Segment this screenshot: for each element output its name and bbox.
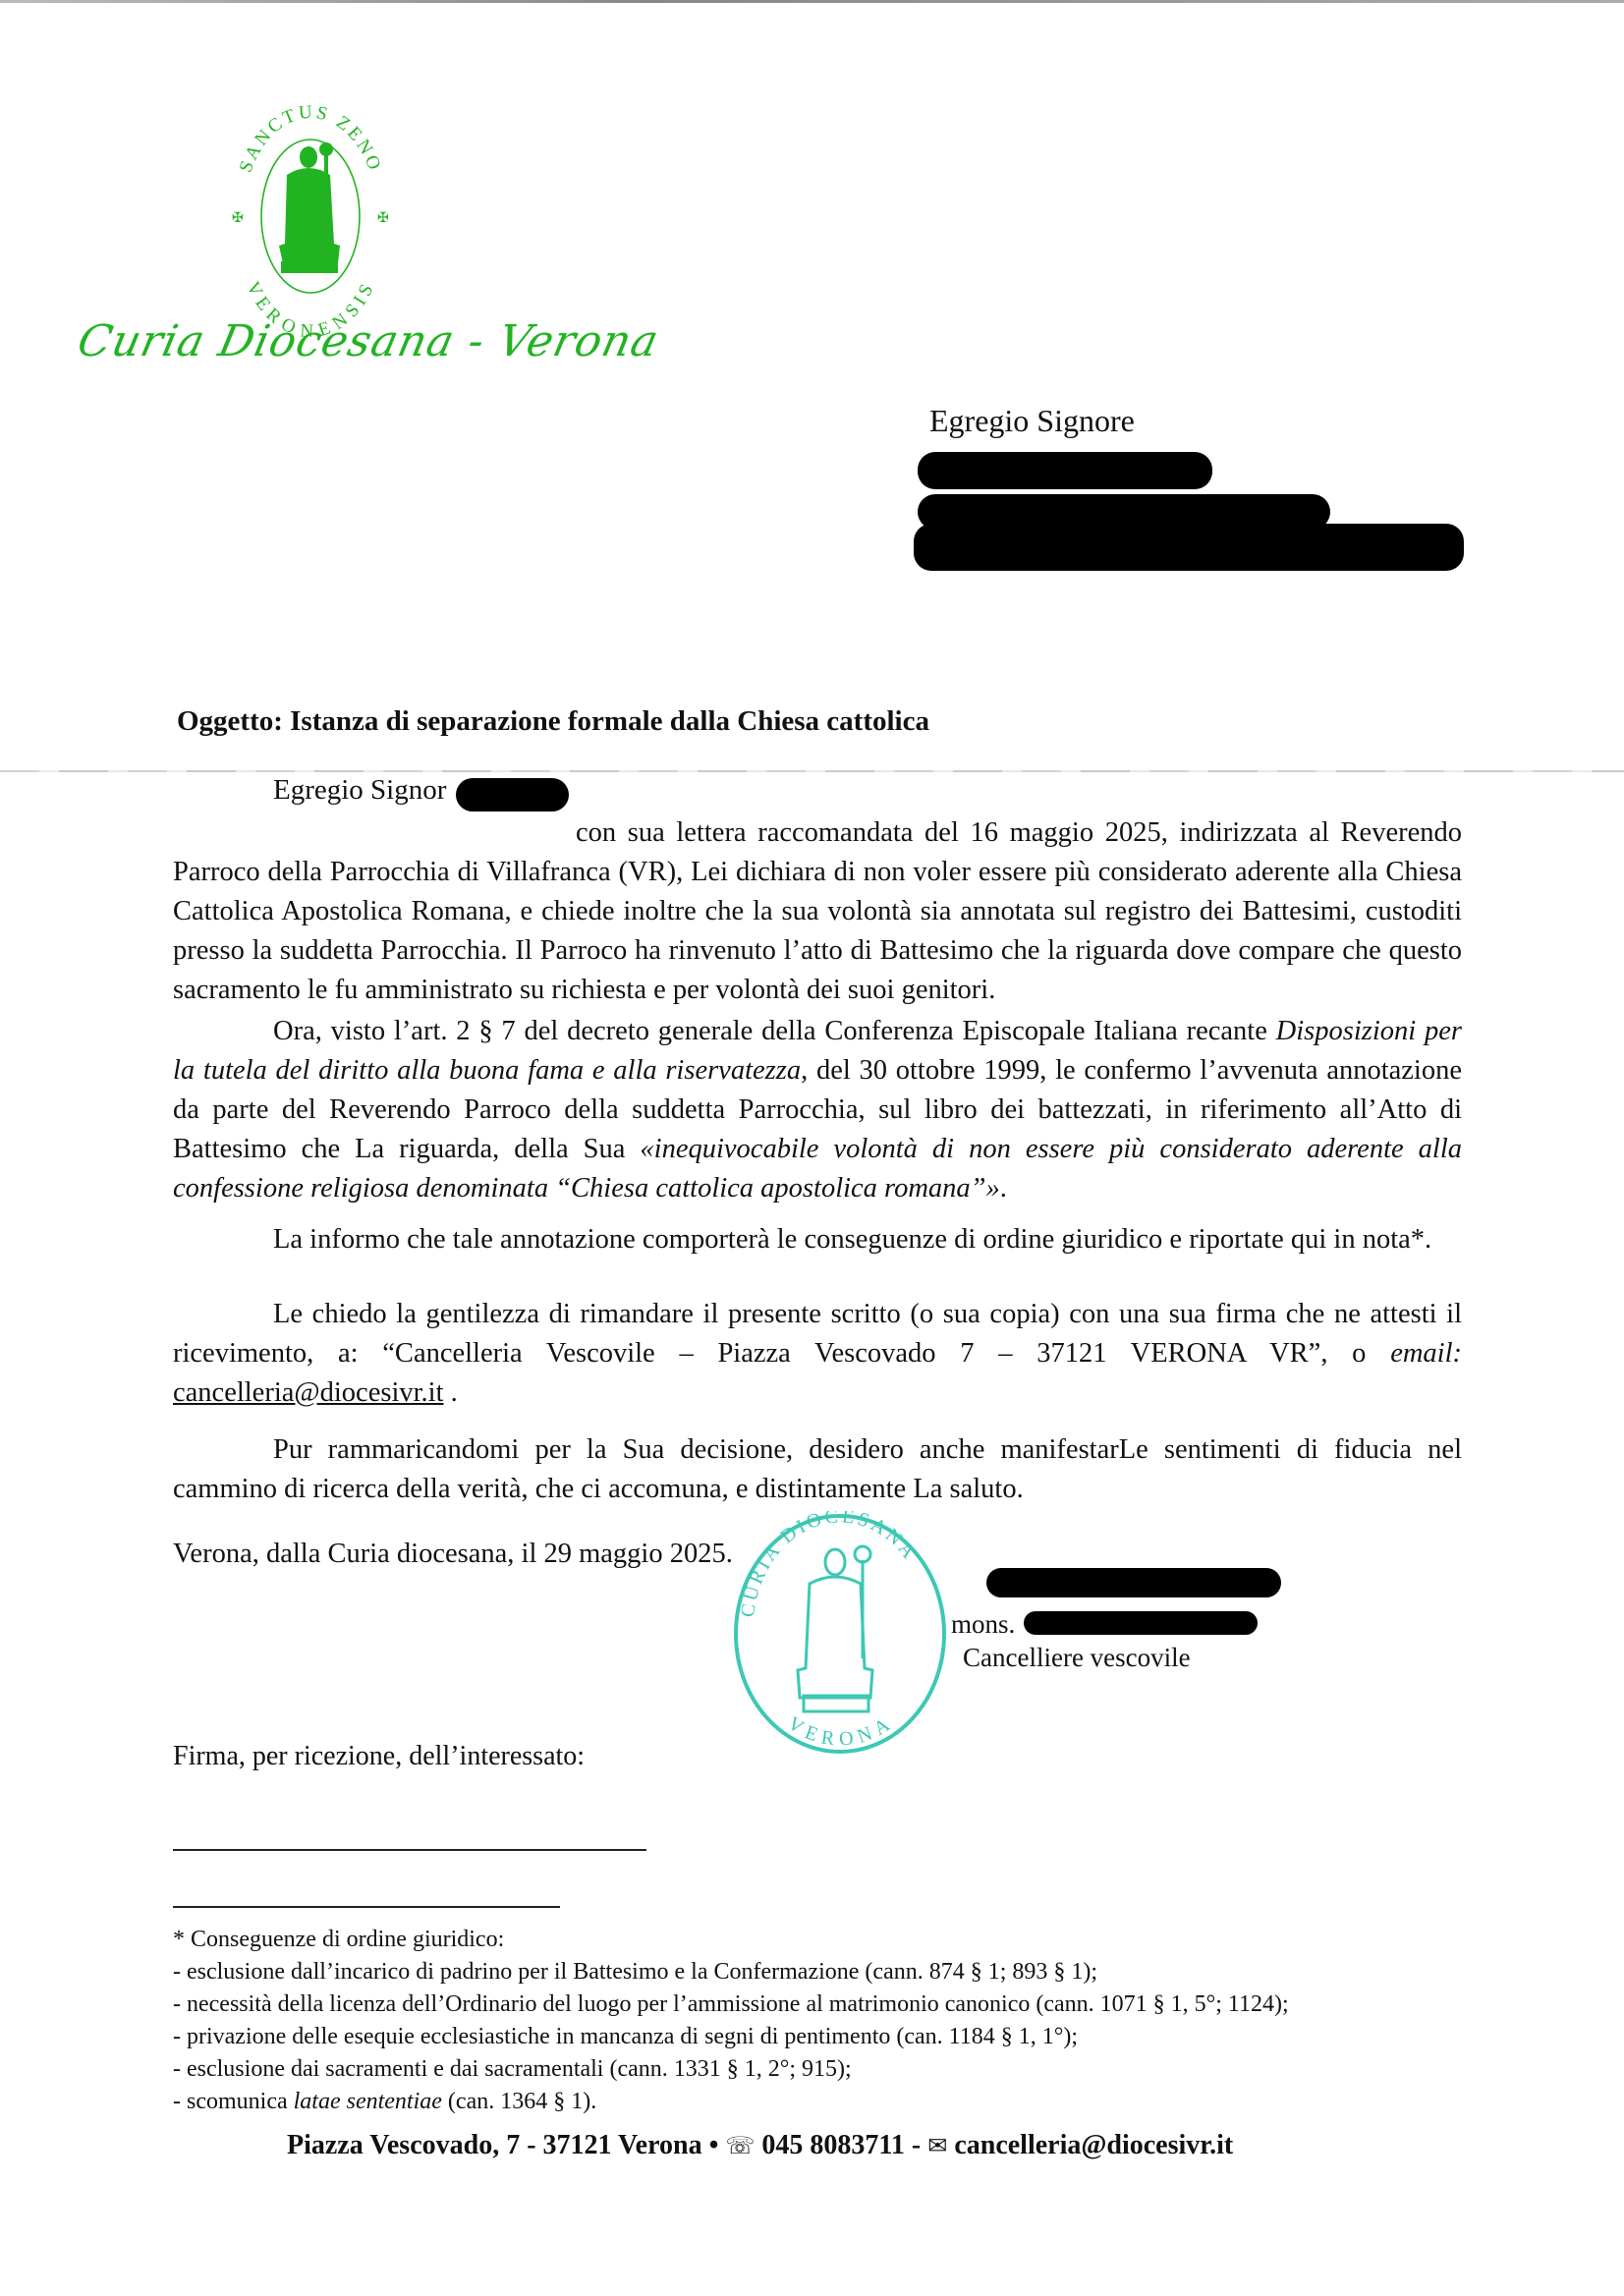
footer-phone: 045 8083711 - bbox=[761, 2130, 921, 2160]
scan-edge bbox=[0, 0, 1624, 3]
paragraph-1: con sua lettera raccomandata del 16 magg… bbox=[173, 813, 1462, 1010]
svg-text:CURIA DIOCESANA: CURIA DIOCESANA bbox=[737, 1511, 922, 1618]
receipt-signature-line[interactable] bbox=[173, 1849, 646, 1851]
footnote-item: - necessità della licenza dell’Ordinario… bbox=[173, 1988, 1289, 2021]
paragraph-5-text: Pur rammaricandomi per la Sua decisione,… bbox=[173, 1430, 1462, 1509]
curia-stamp: CURIA DIOCESANA VERONA bbox=[727, 1511, 953, 1757]
redacted-address-line-1 bbox=[918, 452, 1212, 489]
paragraph-2: Ora, visto l’art. 2 § 7 del decreto gene… bbox=[173, 1012, 1462, 1208]
paragraph-1-text: con sua lettera raccomandata del 16 magg… bbox=[173, 813, 1462, 1010]
redacted-name-inline bbox=[456, 778, 569, 812]
redacted-address-line-3 bbox=[914, 524, 1464, 571]
signer-role: Cancelliere vescovile bbox=[963, 1643, 1191, 1673]
svg-text:✠: ✠ bbox=[232, 211, 244, 226]
footnote-item: - scomunica latae sententiae (can. 1364 … bbox=[173, 2086, 1289, 2118]
footnote-item: - privazione delle esequie ecclesiastich… bbox=[173, 2021, 1289, 2053]
paragraph-4: Le chiedo la gentilezza di rimandare il … bbox=[173, 1295, 1462, 1413]
recipient-salutation: Egregio Signore bbox=[929, 403, 1135, 439]
paragraph-5: Pur rammaricandomi per la Sua decisione,… bbox=[173, 1430, 1462, 1509]
paper-fold-line bbox=[0, 770, 1624, 772]
opening-salutation: Egregio Signor bbox=[273, 774, 446, 807]
letterhead-footer: Piazza Vescovado, 7 - 37121 Verona • ☏ 0… bbox=[287, 2130, 1233, 2161]
footnote-title: * Conseguenze di ordine giuridico: bbox=[173, 1924, 1289, 1956]
paragraph-3-text: La informo che tale annotazione comporte… bbox=[173, 1218, 1462, 1261]
paragraph-3: La informo che tale annotazione comporte… bbox=[173, 1218, 1462, 1261]
signer-prefix: mons. bbox=[951, 1609, 1015, 1640]
footnote: * Conseguenze di ordine giuridico: - esc… bbox=[173, 1924, 1289, 2118]
receipt-signature-label: Firma, per ricezione, dell’interessato: bbox=[173, 1741, 585, 1772]
opening-text: Egregio Signor bbox=[273, 774, 446, 806]
email-link[interactable]: cancelleria@diocesivr.it bbox=[173, 1377, 444, 1408]
footnote-item: - esclusione dai sacramenti e dai sacram… bbox=[173, 2053, 1289, 2086]
paragraph-4-text: Le chiedo la gentilezza di rimandare il … bbox=[173, 1295, 1462, 1413]
paragraph-2-text: Ora, visto l’art. 2 § 7 del decreto gene… bbox=[173, 1012, 1462, 1208]
telephone-icon: ☏ bbox=[725, 2134, 755, 2159]
mail-icon: ✉ bbox=[927, 2134, 947, 2159]
sanctus-zeno-seal-logo: SANCTUS ZENO VERONENSIS ✠ ✠ bbox=[222, 96, 399, 337]
footer-email[interactable]: cancelleria@diocesivr.it bbox=[954, 2130, 1233, 2160]
subject-line: Oggetto: Istanza di separazione formale … bbox=[177, 705, 929, 738]
curia-brand-title: Curia Diocesana - Verona bbox=[74, 316, 664, 366]
redacted-signer-name bbox=[1024, 1611, 1258, 1635]
redacted-signature bbox=[986, 1568, 1281, 1597]
svg-text:✠: ✠ bbox=[377, 211, 389, 226]
footnote-item: - esclusione dall’incarico di padrino pe… bbox=[173, 1956, 1289, 1988]
footnote-separator bbox=[173, 1906, 560, 1908]
footer-address: Piazza Vescovado, 7 - 37121 Verona • bbox=[287, 2130, 718, 2160]
